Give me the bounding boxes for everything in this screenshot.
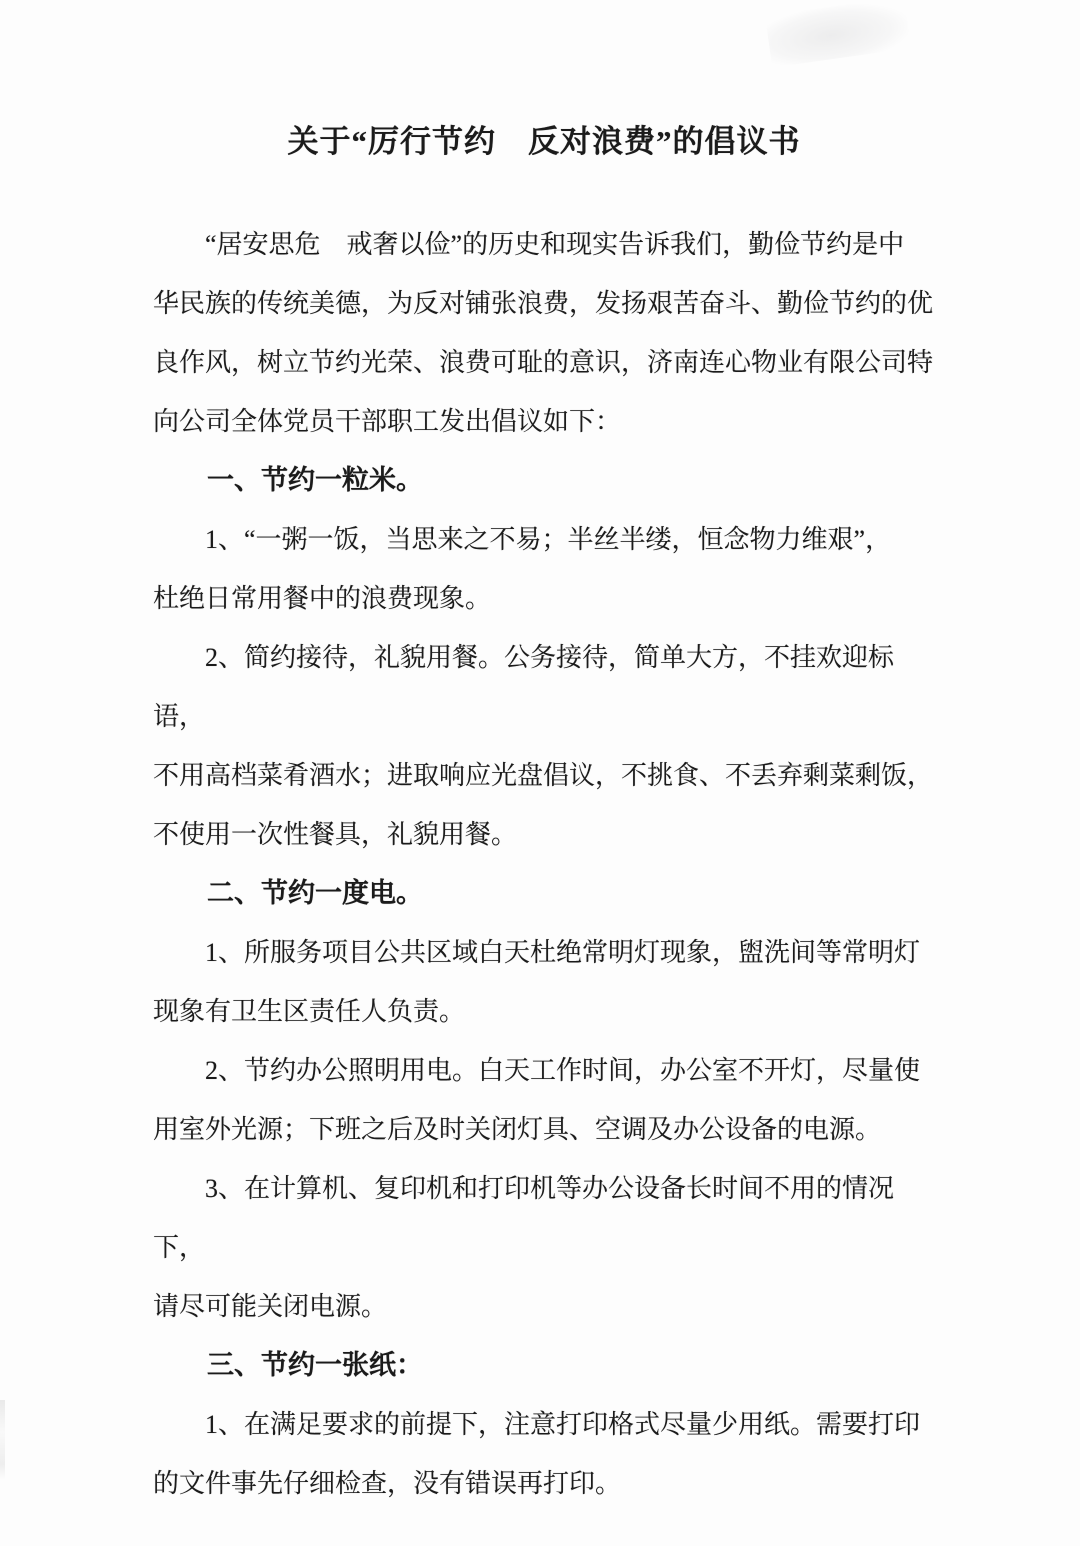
scan-edge-artifact	[0, 1400, 5, 1480]
paragraph-rice-item-2: 2、简约接待，礼貌用餐。公务接待，简单大方，不挂欢迎标语， 不用高档菜肴酒水；进…	[153, 628, 935, 864]
section-heading-save-electricity: 二、节约一度电。	[153, 864, 935, 923]
section-heading-save-rice: 一、节约一粒米。	[153, 451, 935, 510]
paragraph-electricity-item-2: 2、节约办公照明用电。白天工作时间，办公室不开灯，尽量使 用室外光源；下班之后及…	[153, 1041, 935, 1159]
document-title: 关于“厉行节约 反对浪费”的倡议书	[153, 112, 935, 172]
section-heading-save-paper: 三、节约一张纸：	[153, 1336, 935, 1395]
scanned-document-page: 关于“厉行节约 反对浪费”的倡议书 “居安思危 戒奢以俭”的历史和现实告诉我们，…	[0, 0, 1080, 1546]
paragraph-intro: “居安思危 戒奢以俭”的历史和现实告诉我们，勤俭节约是中 华民族的传统美德，为反…	[153, 215, 935, 451]
paragraph-electricity-item-3: 3、在计算机、复印机和打印机等办公设备长时间不用的情况下， 请尽可能关闭电源。	[153, 1159, 935, 1336]
scan-smudge-artifact	[765, 0, 911, 67]
paragraph-rice-item-1: 1、“一粥一饭，当思来之不易；半丝半缕，恒念物力维艰”， 杜绝日常用餐中的浪费现…	[153, 510, 935, 628]
paragraph-electricity-item-1: 1、所服务项目公共区域白天杜绝常明灯现象，盥洗间等常明灯 现象有卫生区责任人负责…	[153, 923, 935, 1041]
paragraph-paper-item-1: 1、在满足要求的前提下，注意打印格式尽量少用纸。需要打印 的文件事先仔细检查，没…	[153, 1395, 935, 1513]
